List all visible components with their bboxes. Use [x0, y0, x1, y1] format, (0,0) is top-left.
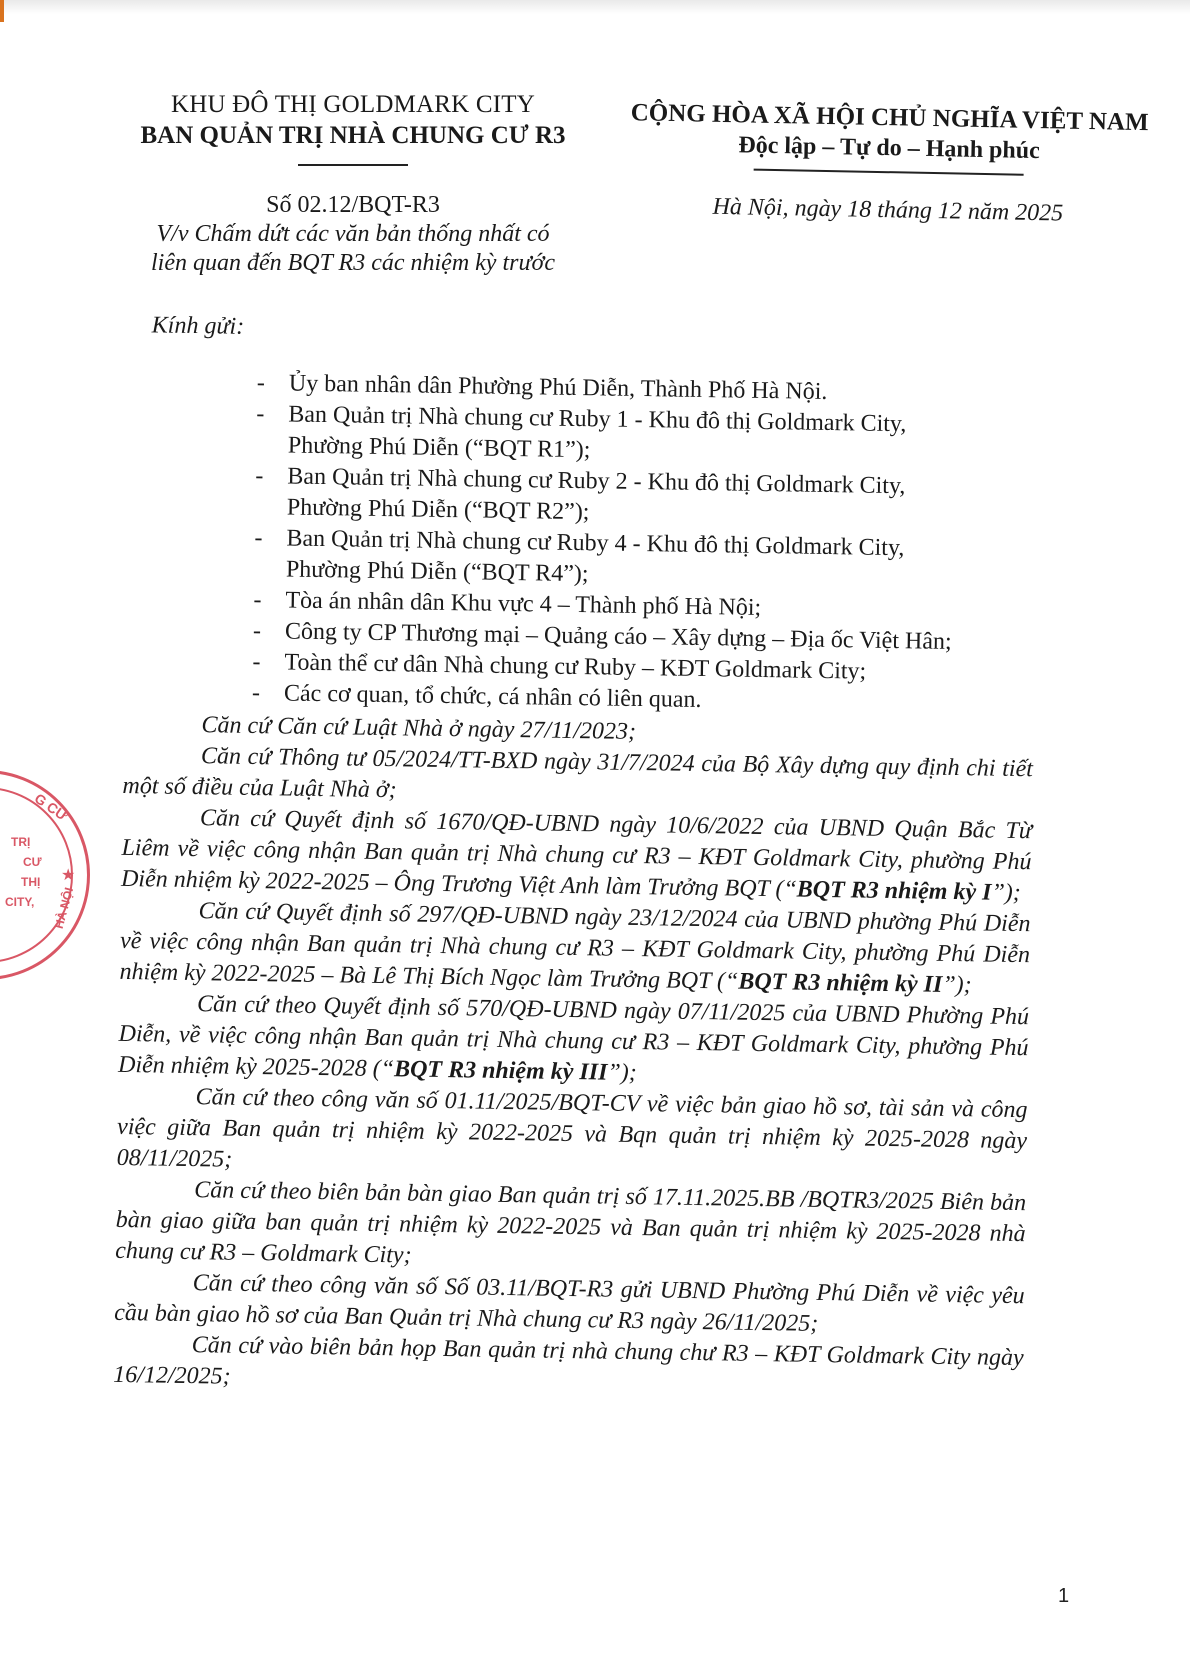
page-number: 1 — [1058, 1585, 1069, 1608]
legal-basis-item: Căn cứ theo công văn số 01.11/2025/BQT-C… — [116, 1081, 1027, 1188]
salutation: Kính gửi: — [152, 310, 1040, 354]
bullet-dash-icon: - — [253, 585, 261, 616]
recipient-list: -Ủy ban nhân dân Phường Phú Diễn, Thành … — [124, 366, 1039, 721]
legal-basis-text-end: ”); — [607, 1060, 637, 1086]
bullet-dash-icon: - — [252, 647, 260, 678]
document-page: KHU ĐÔ THỊ GOLDMARK CITY BAN QUẢN TRỊ NH… — [0, 0, 1190, 1656]
term-short-name: BQT R3 nhiệm kỳ II — [738, 969, 942, 998]
legal-basis-item: Căn cứ theo Quyết định số 570/QĐ-UBND ng… — [118, 988, 1029, 1095]
document-number: Số 02.12/BQT-R3 — [108, 190, 598, 220]
legal-basis-item: Căn cứ Quyết định số 1670/QĐ-UBND ngày 1… — [121, 802, 1032, 909]
legal-basis-text: Căn cứ vào biên bản họp Ban quản trị nhà… — [113, 1332, 1024, 1390]
scan-edge-shadow — [0, 0, 1190, 14]
legal-basis-item: Căn cứ Quyết định số 297/QĐ-UBND ngày 23… — [119, 895, 1030, 1002]
bullet-dash-icon: - — [257, 368, 265, 399]
legal-basis-item: Căn cứ vào biên bản họp Ban quản trị nhà… — [113, 1329, 1024, 1405]
issuer-parent-org: KHU ĐÔ THỊ GOLDMARK CITY — [108, 90, 598, 120]
seal-star-icon: ★ — [61, 865, 75, 885]
term-short-name: BQT R3 nhiệm kỳ III — [394, 1056, 608, 1085]
term-short-name: BQT R3 nhiệm kỳ I — [797, 877, 992, 906]
place-and-date: Hà Nội, ngày 18 tháng 12 năm 2025 — [618, 189, 1158, 229]
bullet-dash-icon: - — [252, 678, 260, 709]
legal-basis-list: Căn cứ Căn cứ Luật Nhà ở ngày 27/11/2023… — [113, 709, 1034, 1405]
legal-basis-text: Căn cứ theo biên bản bàn giao Ban quản t… — [115, 1177, 1026, 1268]
document-subject-line-2: liên quan đến BQT R3 các nhiệm kỳ trước — [108, 249, 598, 278]
legal-basis-text-end: ”); — [991, 880, 1021, 906]
legal-basis-text: Căn cứ theo công văn số Số 03.11/BQT-R3 … — [114, 1270, 1025, 1337]
seal-inner-line-4: CITY, — [5, 895, 34, 909]
legal-basis-text-end: ”); — [942, 972, 972, 998]
seal-inner-line-3: THỊ — [21, 875, 40, 889]
seal-text-side: HÀ NỘI — [52, 886, 76, 930]
issuer-header: KHU ĐÔ THỊ GOLDMARK CITY BAN QUẢN TRỊ NH… — [108, 90, 598, 278]
legal-basis-text: Căn cứ theo công văn số 01.11/2025/BQT-C… — [116, 1084, 1027, 1173]
bullet-dash-icon: - — [256, 399, 264, 430]
scan-edge-mark — [0, 0, 4, 22]
seal-text-top: G CƯ — [32, 790, 71, 824]
motto-divider — [754, 169, 1024, 176]
legal-basis-text: Căn cứ Căn cứ Luật Nhà ở ngày 27/11/2023… — [201, 712, 636, 745]
document-body: Kính gửi: -Ủy ban nhân dân Phường Phú Di… — [113, 310, 1040, 1405]
legal-basis-text: Căn cứ Thông tư 05/2024/TT-BXD ngày 31/7… — [122, 743, 1033, 803]
seal-inner-line-1: TRỊ — [11, 835, 30, 849]
document-subject-line-1: V/v Chấm dứt các văn bản thống nhất có — [108, 220, 598, 249]
issuer-divider — [298, 164, 408, 166]
bullet-dash-icon: - — [254, 523, 262, 554]
seal-inner-line-2: CƯ — [23, 855, 42, 869]
bullet-dash-icon: - — [255, 461, 263, 492]
official-seal-stamp: G CƯ ★ HÀ NỘI TRỊ CƯ THỊ CITY, — [0, 770, 90, 980]
national-header: CỘNG HÒA XÃ HỘI CHỦ NGHĨA VIỆT NAM Độc l… — [618, 98, 1160, 230]
bullet-dash-icon: - — [253, 616, 261, 647]
legal-basis-item: Căn cứ theo biên bản bàn giao Ban quản t… — [115, 1174, 1026, 1281]
issuer-org: BAN QUẢN TRỊ NHÀ CHUNG CƯ R3 — [108, 120, 598, 152]
